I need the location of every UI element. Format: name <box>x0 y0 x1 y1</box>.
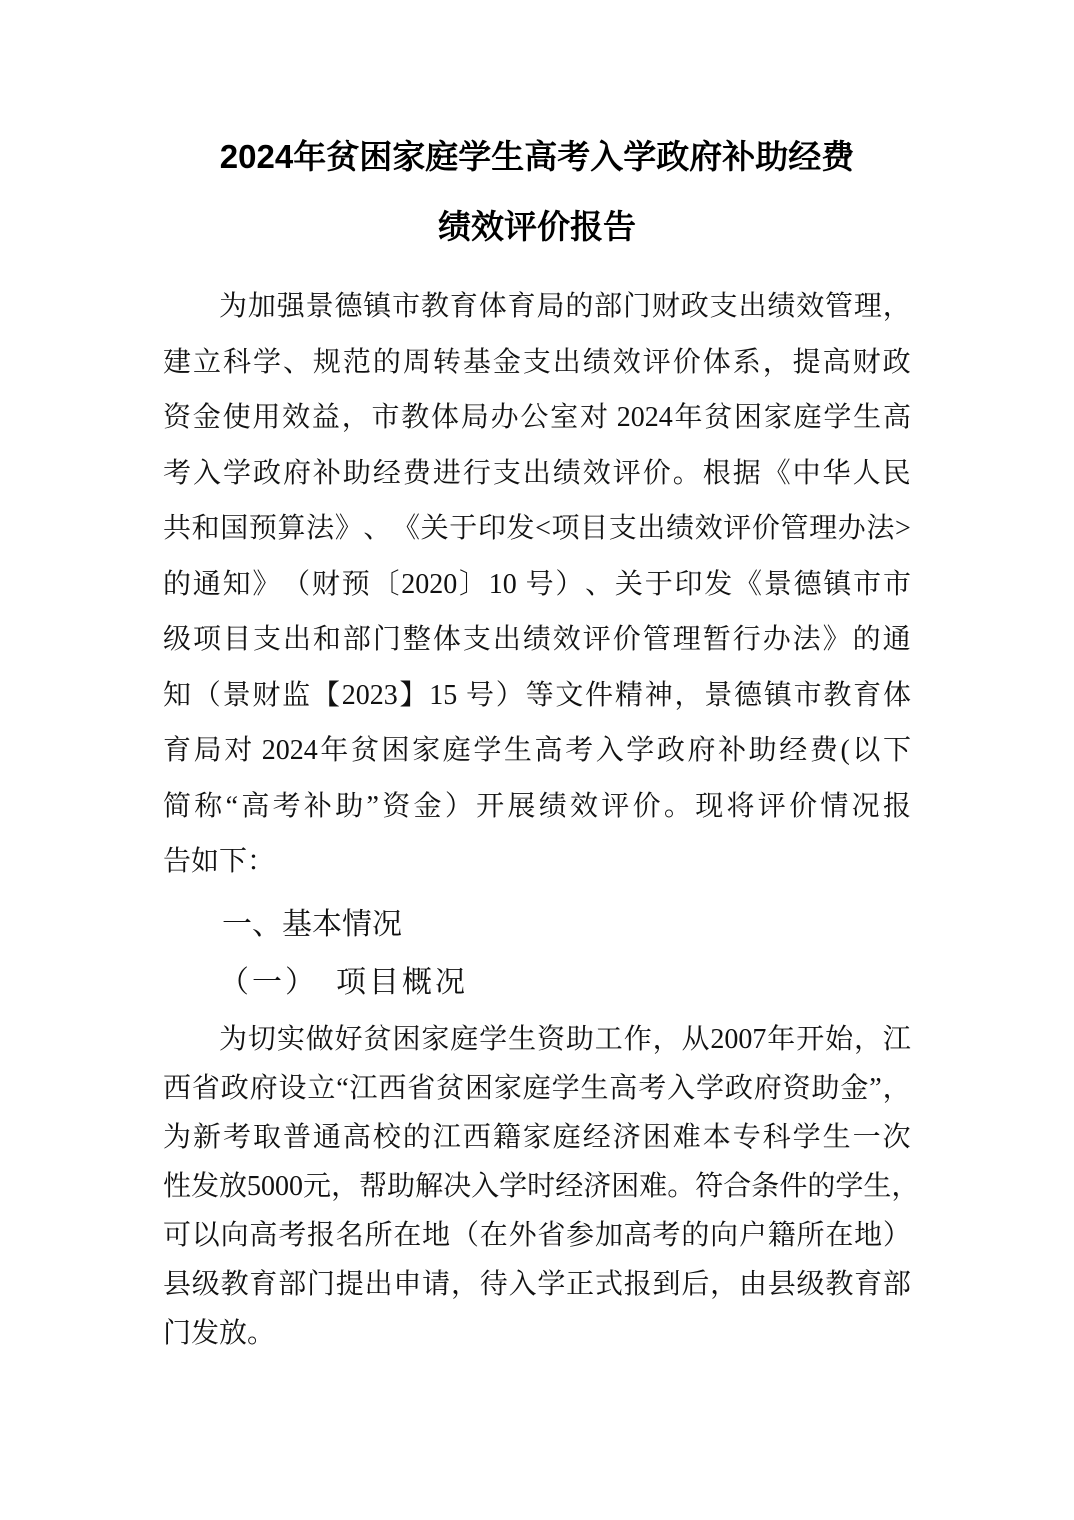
text-token: 】 <box>399 668 427 724</box>
text-token: 办 <box>763 612 791 668</box>
text-token: 名 <box>336 1211 364 1260</box>
text-token: 。 <box>247 1309 275 1358</box>
text-token: 入 <box>667 1064 695 1113</box>
text-token: 育 <box>163 723 191 779</box>
text-token: 外 <box>509 1211 537 1260</box>
text-token: 新 <box>193 1113 221 1162</box>
text-token: 资 <box>382 779 410 835</box>
text-token: （ <box>451 1211 479 1260</box>
text-line: 为切实做好贫困家庭学生资助工作，从2007年开始，江 <box>163 1015 911 1064</box>
text-token: 出 <box>553 335 581 391</box>
text-token: 。 <box>667 1162 695 1211</box>
text-token: 金 <box>840 1064 868 1113</box>
text-token: 发 <box>507 501 535 557</box>
text-token: 关 <box>615 557 643 613</box>
text-token: 出 <box>493 612 521 668</box>
text-token: 贫 <box>704 390 732 446</box>
text-token: 镇 <box>363 279 391 335</box>
text-token: 由 <box>739 1260 767 1309</box>
text-token: 对 <box>580 390 608 446</box>
text-token: 报 <box>307 1211 335 1260</box>
text-token: 庭 <box>794 390 822 446</box>
text-token: ， <box>883 279 911 335</box>
text-token: ” <box>367 779 379 835</box>
text-token: 育 <box>854 1260 882 1309</box>
text-token: 人 <box>853 446 881 502</box>
text-token: 好 <box>335 1015 363 1064</box>
text-token: 县 <box>768 1260 796 1309</box>
text-token: 学 <box>473 723 501 779</box>
text-token: 项 <box>193 612 221 668</box>
text-token: 评 <box>723 501 751 557</box>
text-token: 考 <box>223 1113 251 1162</box>
text-token: 2007 <box>710 1015 766 1064</box>
text-token: 绩 <box>666 501 694 557</box>
text-token: 华 <box>823 446 851 502</box>
text-token: 做 <box>306 1015 334 1064</box>
text-token: 财 <box>853 335 881 391</box>
text-token: 市 <box>392 279 420 335</box>
text-token: 教 <box>823 668 851 724</box>
text-token: 系 <box>733 335 761 391</box>
text-token: 将 <box>726 779 754 835</box>
text-token: 学 <box>479 1015 507 1064</box>
text-token: 部 <box>883 1260 911 1309</box>
text-token: 法 <box>866 501 894 557</box>
text-token: ， <box>710 1260 738 1309</box>
text-token: 监 <box>282 668 310 724</box>
text-token: 教 <box>221 1260 249 1309</box>
text-token: 镇 <box>823 557 851 613</box>
text-token: 预 <box>342 557 370 613</box>
text-token: 省 <box>192 1064 220 1113</box>
text-token: 局 <box>194 723 222 779</box>
text-token: 支 <box>253 612 281 668</box>
text-token: 开 <box>476 779 504 835</box>
text-token: ( <box>840 723 849 779</box>
text-token: 助 <box>566 1015 594 1064</box>
text-token: 《 <box>763 446 791 502</box>
text-token: 支 <box>493 446 521 502</box>
text-token: 困 <box>382 723 410 779</box>
text-token: 、 <box>363 501 391 557</box>
text-token: （ <box>282 557 310 613</box>
text-token: 庭 <box>443 723 471 779</box>
text-token: 报 <box>624 1260 652 1309</box>
text-token: 级 <box>797 1260 825 1309</box>
text-token: 的 <box>565 279 593 335</box>
text-token: 办 <box>838 501 866 557</box>
text-token: 提 <box>336 1260 364 1309</box>
text-token: 江 <box>433 1113 461 1162</box>
text-token: 支 <box>463 612 491 668</box>
text-token: 价 <box>633 779 661 835</box>
text-token: ” <box>869 1064 881 1113</box>
text-token: 费 <box>810 723 838 779</box>
text-token: 级 <box>163 612 191 668</box>
text-token: 所 <box>797 1211 825 1260</box>
text-token: 困 <box>643 1113 671 1162</box>
text-token: 困 <box>734 390 762 446</box>
text-token: 门 <box>623 279 651 335</box>
text-token: 学 <box>793 1113 821 1162</box>
text-token: 合 <box>723 1162 751 1211</box>
text-token: 公 <box>520 390 548 446</box>
text-token: 根 <box>703 446 731 502</box>
text-token: 庭 <box>450 1015 478 1064</box>
text-token: 部 <box>278 1260 306 1309</box>
text-token: 绩 <box>583 335 611 391</box>
text-token: 效 <box>796 279 824 335</box>
text-token: 市 <box>883 557 911 613</box>
section-heading-basic-situation: 一、基本情况 <box>163 908 911 942</box>
text-token: 经 <box>555 1162 583 1211</box>
text-token: 在 <box>825 1211 853 1260</box>
text-token: 家 <box>412 723 440 779</box>
text-token: ） <box>496 668 524 724</box>
document-page: 2024年贫困家庭学生高考入学政府补助经费 绩效评价报告 为加强景德镇市教育体育… <box>0 0 1074 1520</box>
text-token: 简 <box>163 779 191 835</box>
text-token: 【 <box>312 668 340 724</box>
text-token: ， <box>854 1015 882 1064</box>
text-token: ） <box>555 557 583 613</box>
text-token: 2024 <box>255 723 318 779</box>
text-token: 使 <box>223 390 251 446</box>
text-token: 考 <box>638 1064 666 1113</box>
text-token: 家 <box>494 1064 522 1113</box>
text-token: 以 <box>852 723 880 779</box>
text-token: 市 <box>371 390 399 446</box>
text-token: 元 <box>303 1162 331 1211</box>
text-token: 号 <box>526 557 554 613</box>
text-token: 补 <box>313 446 341 502</box>
text-line: 的通知》（财预〔2020〕10 号）、关于印发《景德镇市市 <box>163 557 911 613</box>
text-token: 》 <box>823 612 851 668</box>
text-line: 育局对 2024年贫困家庭学生高考入学政府补助经费(以下 <box>163 723 911 779</box>
text-token: 国 <box>220 501 248 557</box>
text-token: 年 <box>320 723 348 779</box>
text-token: 15 <box>429 668 464 724</box>
text-token: 管 <box>643 612 671 668</box>
text-token: 出 <box>637 501 665 557</box>
text-token: 申 <box>393 1260 421 1309</box>
text-token: 加 <box>595 1211 623 1260</box>
text-token: 精 <box>615 668 643 724</box>
text-line: 告如下： <box>163 834 911 890</box>
text-line: 资金使用效益，市教体局办公室对 2024年贫困家庭学生高 <box>163 390 911 446</box>
text-token: 学 <box>537 1260 565 1309</box>
text-token: 济 <box>613 1113 641 1162</box>
text-token: 提 <box>793 335 821 391</box>
text-token: 况 <box>852 779 880 835</box>
text-token: 经 <box>779 723 807 779</box>
text-token: 下 <box>883 723 911 779</box>
text-token: 补 <box>718 723 746 779</box>
text-token: 江 <box>883 1015 911 1064</box>
text-token: 门 <box>163 1309 191 1358</box>
text-token: 府 <box>283 446 311 502</box>
text-token: 参 <box>566 1211 594 1260</box>
text-token: 于 <box>645 557 673 613</box>
text-token: 从 <box>682 1015 710 1064</box>
text-token: 放 <box>219 1162 247 1211</box>
text-token: 中 <box>793 446 821 502</box>
text-token: 评 <box>583 612 611 668</box>
text-token: 部 <box>594 279 622 335</box>
text-token: 门 <box>373 612 401 668</box>
text-token: ， <box>891 1162 919 1211</box>
text-token: 金 <box>414 779 442 835</box>
text-token: 件 <box>779 1162 807 1211</box>
text-token: 向 <box>710 1211 738 1260</box>
text-token: 后 <box>681 1260 709 1309</box>
text-token: 难 <box>673 1113 701 1162</box>
text-token: 家 <box>764 390 792 446</box>
document-title-line-1: 2024年贫困家庭学生高考入学政府补助经费 <box>163 139 911 175</box>
text-token: 教 <box>421 279 449 335</box>
text-token: 现 <box>695 779 723 835</box>
text-token: 项 <box>552 501 580 557</box>
text-token: 门 <box>307 1260 335 1309</box>
text-token: 评 <box>758 779 786 835</box>
subsection-heading-project-overview: （一） 项目概况 <box>163 964 911 1002</box>
text-token: 学 <box>823 390 851 446</box>
text-token: 困 <box>392 1015 420 1064</box>
text-token: 以 <box>192 1211 220 1260</box>
text-token: 放 <box>219 1309 247 1358</box>
text-token: 部 <box>343 612 371 668</box>
text-token: 体 <box>479 279 507 335</box>
text-token: 绩 <box>523 612 551 668</box>
text-token: 资 <box>783 1064 811 1113</box>
text-line: 简称“高考补助”资金）开展绩效评价。现将评价情况报 <box>163 779 911 835</box>
text-token: 目 <box>223 612 251 668</box>
text-token: 对 <box>224 723 252 779</box>
text-token: 文 <box>555 668 583 724</box>
text-token: 的 <box>681 1211 709 1260</box>
text-token: 评 <box>613 446 641 502</box>
text-token: 发 <box>191 1162 219 1211</box>
text-token: 省 <box>537 1211 565 1260</box>
text-token: 待 <box>480 1260 508 1309</box>
text-token: 评 <box>601 779 629 835</box>
text-token: 入 <box>596 723 624 779</box>
text-token: 展 <box>507 779 535 835</box>
text-token: 西 <box>378 1064 406 1113</box>
text-token: 支 <box>523 335 551 391</box>
text-token: 高 <box>883 390 911 446</box>
text-token: < <box>535 501 551 557</box>
text-token: 工 <box>595 1015 623 1064</box>
text-token: 实 <box>277 1015 305 1064</box>
text-token: 体 <box>703 335 731 391</box>
text-token: 评 <box>643 335 671 391</box>
text-token: 理 <box>809 501 837 557</box>
text-token: 办 <box>491 390 519 446</box>
text-token: 目 <box>580 501 608 557</box>
text-token: 正 <box>566 1260 594 1309</box>
text-token: 高 <box>624 1211 652 1260</box>
text-token: 立 <box>193 335 221 391</box>
text-token: 整 <box>403 612 431 668</box>
text-token: 财 <box>312 557 340 613</box>
text-token: 的 <box>373 335 401 391</box>
text-token: 效 <box>553 612 581 668</box>
text-token: 〕 <box>459 557 487 613</box>
text-token: 可 <box>163 1211 191 1260</box>
text-token: 价 <box>789 779 817 835</box>
text-token: 报 <box>883 779 911 835</box>
text-token: ， <box>342 390 370 446</box>
text-token: 2023 <box>342 668 398 724</box>
text-token: 学 <box>835 1162 863 1211</box>
text-token: 级 <box>192 1260 220 1309</box>
text-token: 困 <box>465 1064 493 1113</box>
text-token: 管 <box>781 501 809 557</box>
text-token: 专 <box>733 1113 761 1162</box>
text-line: 考入学政府补助经费进行支出绩效评价。根据《中华人民 <box>163 446 911 502</box>
text-token: 入 <box>509 1260 537 1309</box>
text-token: 在 <box>480 1211 508 1260</box>
text-token: 籍 <box>493 1113 521 1162</box>
text-token: 学 <box>626 723 654 779</box>
text-token: 考 <box>653 1211 681 1260</box>
text-token: 预 <box>249 501 277 557</box>
text-token: 帮 <box>359 1162 387 1211</box>
paragraph-project-overview: 为切实做好贫困家庭学生资助工作，从2007年开始，江西省政府设立“江西省贫困家庭… <box>163 1015 911 1358</box>
text-token: 印 <box>674 557 702 613</box>
text-token: 的 <box>807 1162 835 1211</box>
text-token: 10 <box>489 557 524 613</box>
text-token: 育 <box>450 279 478 335</box>
text-token: 。 <box>664 779 692 835</box>
text-token: 贫 <box>436 1064 464 1113</box>
text-token: 范 <box>343 335 371 391</box>
text-token: 德 <box>734 668 762 724</box>
text-token: 决 <box>443 1162 471 1211</box>
text-token: 教 <box>401 390 429 446</box>
text-token: 价 <box>752 501 780 557</box>
text-token: 支 <box>710 279 738 335</box>
text-token: 管 <box>825 279 853 335</box>
text-token: 资 <box>537 1015 565 1064</box>
text-token: 助 <box>812 1064 840 1113</box>
text-token: 出 <box>523 446 551 502</box>
text-token: 知 <box>223 557 251 613</box>
text-token: 告 <box>163 834 191 890</box>
text-token: 生 <box>853 390 881 446</box>
text-token: 校 <box>373 1113 401 1162</box>
text-line: 为新考取普通高校的江西籍家庭经济困难本专科学生一次 <box>163 1113 911 1162</box>
text-token: 籍 <box>768 1211 796 1260</box>
text-token: 价 <box>673 335 701 391</box>
text-token: 效 <box>583 446 611 502</box>
text-token: 局 <box>536 279 564 335</box>
text-token: 地 <box>422 1211 450 1260</box>
text-token: 学 <box>499 1162 527 1211</box>
text-token: 据 <box>733 446 761 502</box>
text-token: 作 <box>624 1015 652 1064</box>
text-token: 暂 <box>703 612 731 668</box>
text-token: 济 <box>583 1162 611 1211</box>
text-line: 共和国预算法》、《关于印发<项目支出绩效评价管理办法> <box>163 501 911 557</box>
text-token: 行 <box>733 612 761 668</box>
text-token: 府 <box>687 723 715 779</box>
text-token: 周 <box>403 335 431 391</box>
text-token: 科 <box>223 335 251 391</box>
text-token: 府 <box>250 1064 278 1113</box>
text-token: 一 <box>853 1113 881 1162</box>
text-token: 育 <box>853 668 881 724</box>
text-token: 用 <box>252 390 280 446</box>
text-token: 建 <box>163 335 191 391</box>
text-line: 建立科学、规范的周转基金支出绩效评价体系，提高财政 <box>163 335 911 391</box>
text-token: 县 <box>163 1260 191 1309</box>
text-token: ， <box>653 1015 681 1064</box>
text-token: 如 <box>191 834 219 890</box>
text-token: 的 <box>163 557 191 613</box>
text-token: 共 <box>163 501 191 557</box>
text-token: 情 <box>820 779 848 835</box>
text-token: 高 <box>823 335 851 391</box>
text-token: 为 <box>219 279 247 335</box>
text-token: 性 <box>163 1162 191 1211</box>
text-token: 的 <box>403 1113 431 1162</box>
text-token: ， <box>883 1064 911 1113</box>
text-token: 请 <box>422 1260 450 1309</box>
text-token: 育 <box>249 1260 277 1309</box>
text-token: 价 <box>613 612 641 668</box>
text-token: 算 <box>278 501 306 557</box>
text-token: 室 <box>550 390 578 446</box>
text-token: 景 <box>764 557 792 613</box>
text-token: 政 <box>221 1064 249 1113</box>
text-token: 市 <box>853 557 881 613</box>
text-token: 学 <box>253 335 281 391</box>
text-token: 景 <box>704 668 732 724</box>
text-token: 生 <box>508 1015 536 1064</box>
text-token: 体 <box>883 668 911 724</box>
text-token: 取 <box>253 1113 281 1162</box>
text-token: 经 <box>583 1113 611 1162</box>
text-token: 江 <box>350 1064 378 1113</box>
text-line: 为加强景德镇市教育体育局的部门财政支出绩效管理， <box>163 279 911 335</box>
text-token: 西 <box>163 1064 191 1113</box>
text-token: 理 <box>854 279 882 335</box>
text-token: 知 <box>163 668 191 724</box>
text-token: 符 <box>695 1162 723 1211</box>
text-token: 镇 <box>764 668 792 724</box>
text-token: 民 <box>883 446 911 502</box>
text-line: 门发放。 <box>163 1309 911 1358</box>
text-token: 贫 <box>364 1015 392 1064</box>
text-token: 科 <box>763 1113 791 1162</box>
text-token: 、 <box>283 335 311 391</box>
text-token: 学 <box>223 446 251 502</box>
text-token: 转 <box>433 335 461 391</box>
text-token: 生 <box>504 723 532 779</box>
text-token: 益 <box>312 390 340 446</box>
text-token: 政 <box>681 279 709 335</box>
text-token: 入 <box>471 1162 499 1211</box>
text-token: 行 <box>463 446 491 502</box>
text-token: ， <box>763 335 791 391</box>
text-token: 高 <box>609 1064 637 1113</box>
text-token: 考 <box>278 1211 306 1260</box>
text-token: 省 <box>407 1064 435 1113</box>
text-token: 政 <box>725 1064 753 1113</box>
text-token: 价 <box>643 446 671 502</box>
